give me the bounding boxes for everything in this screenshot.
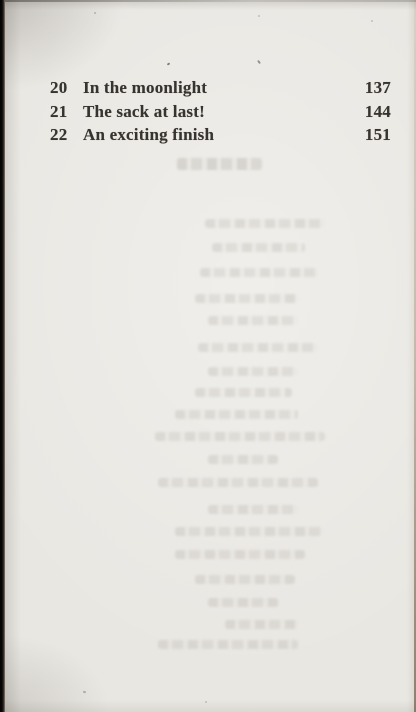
- showthrough-line: [208, 316, 298, 325]
- showthrough-line: [158, 478, 318, 487]
- showthrough-line: [155, 432, 325, 441]
- toc-list: 20 In the moonlight 137 21 The sack at l…: [50, 76, 391, 147]
- showthrough-line: [208, 598, 278, 607]
- showthrough-line: [158, 640, 298, 649]
- showthrough-line: [200, 268, 318, 277]
- showthrough-line: [208, 367, 298, 376]
- chapter-number: 21: [50, 100, 83, 124]
- showthrough-line: [175, 550, 305, 559]
- dust-speck: [205, 701, 207, 703]
- page-number: 137: [365, 76, 391, 100]
- book-page: 20 In the moonlight 137 21 The sack at l…: [5, 0, 416, 712]
- showthrough-line: [195, 388, 292, 397]
- showthrough-line: [175, 410, 298, 419]
- chapter-title: An exciting finish: [83, 123, 365, 147]
- chapter-number: 22: [50, 123, 83, 147]
- showthrough-line: [195, 294, 298, 303]
- showthrough-line: [208, 455, 278, 464]
- toc-entry: 21 The sack at last! 144: [50, 100, 391, 124]
- showthrough-line: [205, 219, 325, 228]
- showthrough-line: [198, 343, 318, 352]
- chapter-title: In the moonlight: [83, 76, 365, 100]
- chapter-title: The sack at last!: [83, 100, 365, 124]
- toc-entry: 20 In the moonlight 137: [50, 76, 391, 100]
- dust-speck: [371, 20, 373, 22]
- showthrough-heading: [177, 158, 262, 170]
- dust-speck: [258, 15, 260, 17]
- dust-speck: [94, 12, 96, 14]
- toc-entry: 22 An exciting finish 151: [50, 123, 391, 147]
- book-photo: 20 In the moonlight 137 21 The sack at l…: [0, 0, 416, 712]
- showthrough-line: [212, 243, 305, 252]
- showthrough-line: [208, 505, 298, 514]
- chapter-number: 20: [50, 76, 83, 100]
- showthrough-line: [225, 620, 298, 629]
- page-number: 151: [365, 123, 391, 147]
- showthrough-line: [195, 575, 295, 584]
- page-number: 144: [365, 100, 391, 124]
- showthrough-line: [175, 527, 322, 536]
